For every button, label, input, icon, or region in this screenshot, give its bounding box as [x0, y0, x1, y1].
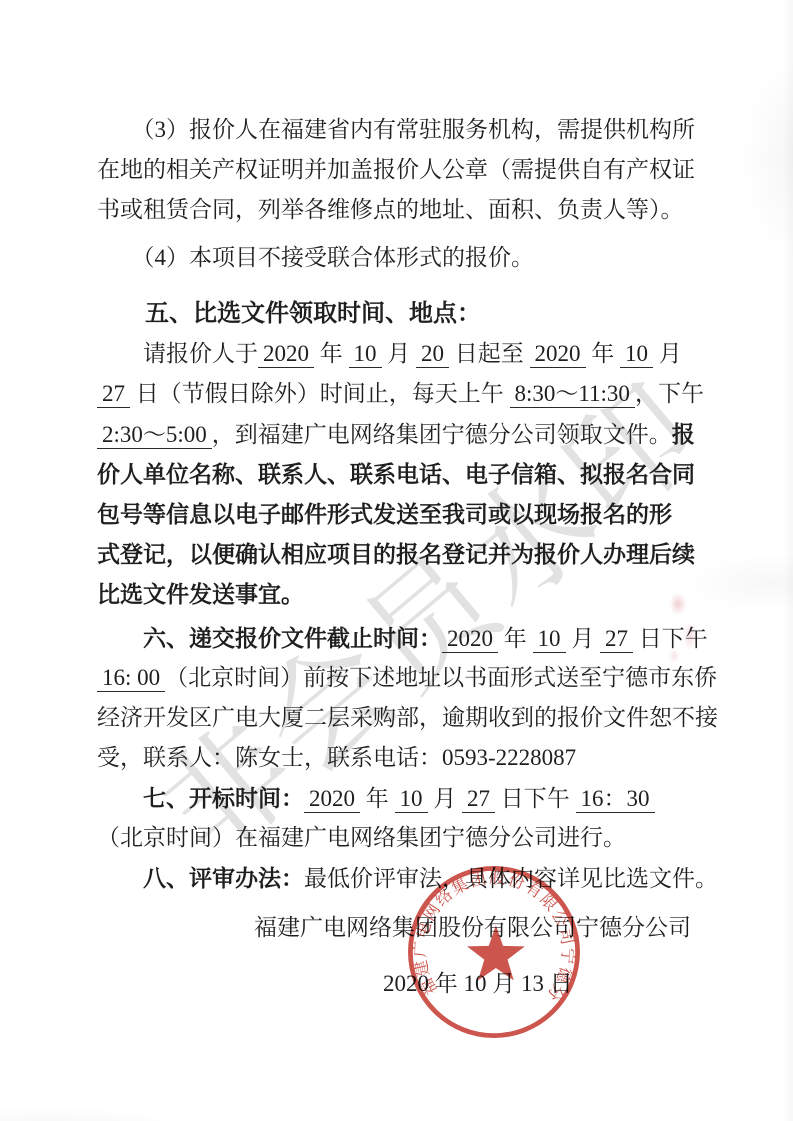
- underlined-value: 16: 00: [97, 665, 165, 692]
- clause-4-paragraph: （4）本项目不接受联合体形式的报价。: [97, 238, 713, 278]
- underlined-value: 20: [416, 341, 449, 368]
- text-line: 在地的相关产权证明并加盖报价人公章（需提供自有产权证: [97, 150, 713, 190]
- text-line: 16: 00（北京时间）前按下述地址以书面形式送至宁德市东侨: [97, 658, 713, 698]
- text-segment: 五、比选文件领取时间、地点：: [97, 300, 481, 327]
- text-segment: 受，联系人：陈女士，联系电话：0593-2228087: [97, 745, 576, 770]
- text-segment: ，下午: [635, 381, 704, 406]
- text-line: 七、开标时间：2020 年 10 月 27 日下午 16：30: [97, 778, 713, 818]
- clause-3-paragraph: （3）报价人在福建省内有常驻服务机构，需提供机构所在地的相关产权证明并加盖报价人…: [97, 110, 713, 230]
- underlined-value: 10: [395, 786, 428, 813]
- underlined-value: 27: [600, 626, 633, 653]
- text-segment: 经济开发区广电大厦二层采购部，逾期收到的报价文件恕不接: [97, 705, 718, 730]
- text-line: 请报价人于2020 年 10 月 20 日起至 2020 年 10 月: [97, 334, 713, 374]
- text-segment: 日下午: [495, 786, 576, 811]
- underlined-value: 27: [97, 381, 130, 408]
- text-segment: 价人单位名称、联系人、联系电话、电子信箱、拟报名合同: [97, 461, 695, 487]
- text-line: 比选文件发送事宜。: [97, 574, 713, 614]
- text-line: 书或租赁合同，列举各维修点的地址、面积、负责人等）。: [97, 190, 713, 230]
- scanned-document-page: 非会员水印 （3）报价人在福建省内有常驻服务机构，需提供机构所在地的相关产权证明…: [0, 0, 793, 1121]
- text-line: 2:30～5:00，到福建广电网络集团宁德分公司领取文件。报: [97, 414, 713, 454]
- seal-ring-textpath: 福建广电网络集团股份有限公司宁德分公司: [399, 857, 577, 1005]
- text-segment: 比选文件发送事宜。: [97, 581, 304, 607]
- text-segment: 六、递交报价文件截止时间：: [97, 625, 442, 651]
- text-segment: （北京时间）在福建广电网络集团宁德分公司进行。: [97, 825, 626, 850]
- text-line: 六、递交报价文件截止时间：2020 年 10 月 27 日下午: [97, 618, 713, 658]
- underlined-value: 2020: [258, 341, 314, 368]
- text-segment: 日起至: [449, 341, 530, 366]
- text-segment: （3）报价人在福建省内有常驻服务机构，需提供机构所: [97, 117, 695, 142]
- text-segment: 请报价人于: [97, 341, 258, 366]
- text-line: （北京时间）在福建广电网络集团宁德分公司进行。: [97, 818, 713, 858]
- text-line: 价人单位名称、联系人、联系电话、电子信箱、拟报名合同: [97, 454, 713, 494]
- text-segment: 年: [586, 341, 621, 366]
- text-line: 包号等信息以电子邮件形式发送至我司或以现场报名的形: [97, 494, 713, 534]
- section-7-paragraph: 七、开标时间：2020 年 10 月 27 日下午 16：30（北京时间）在福建…: [97, 778, 713, 858]
- underlined-value: 10: [620, 341, 653, 368]
- underlined-value: 2020: [304, 786, 360, 813]
- seal-star-icon: [467, 925, 525, 980]
- seal-ring-text: 福建广电网络集团股份有限公司宁德分公司: [399, 857, 577, 1005]
- text-segment: （北京时间）前按下述地址以书面形式送至宁德市东侨: [165, 665, 717, 690]
- text-segment: 月: [566, 626, 601, 651]
- text-segment: 包号等信息以电子邮件形式发送至我司或以现场报名的形: [97, 501, 672, 527]
- text-line: 五、比选文件领取时间、地点：: [97, 294, 713, 334]
- underlined-value: 2020: [442, 626, 498, 653]
- text-line: 27 日（节假日除外）时间止，每天上午 8:30～11:30，下午: [97, 374, 713, 414]
- underlined-value: 8:30～11:30: [510, 381, 635, 408]
- text-segment: 年: [498, 626, 533, 651]
- text-segment: 式登记，以便确认相应项目的报名登记并为报价人办理后续: [97, 541, 695, 567]
- text-segment: 年: [360, 786, 395, 811]
- text-segment: 日下午: [633, 626, 708, 651]
- text-segment: 八、评审办法：: [97, 865, 304, 891]
- section-6-paragraph: 六、递交报价文件截止时间：2020 年 10 月 27 日下午16: 00（北京…: [97, 618, 713, 778]
- section-5-heading: 五、比选文件领取时间、地点：: [97, 294, 713, 334]
- text-segment: 月: [653, 341, 682, 366]
- underlined-value: 10: [533, 626, 566, 653]
- underlined-value: 2:30～5:00: [97, 422, 212, 449]
- text-line: （3）报价人在福建省内有常驻服务机构，需提供机构所: [97, 110, 713, 150]
- text-segment: 书或租赁合同，列举各维修点的地址、面积、负责人等）。: [97, 197, 684, 222]
- text-line: （4）本项目不接受联合体形式的报价。: [97, 238, 713, 278]
- text-segment: 报: [672, 421, 695, 447]
- document-body: （3）报价人在福建省内有常驻服务机构，需提供机构所在地的相关产权证明并加盖报价人…: [0, 0, 793, 1004]
- company-seal: 福建广电网络集团股份有限公司宁德分公司: [399, 857, 589, 1047]
- underlined-value: 2020: [530, 341, 586, 368]
- section-5-paragraph: 请报价人于2020 年 10 月 20 日起至 2020 年 10 月27 日（…: [97, 334, 713, 614]
- underlined-value: 10: [349, 341, 382, 368]
- text-segment: （4）本项目不接受联合体形式的报价。: [97, 245, 534, 270]
- text-segment: 年: [314, 341, 349, 366]
- underlined-value: 27: [462, 786, 495, 813]
- text-line: 式登记，以便确认相应项目的报名登记并为报价人办理后续: [97, 534, 713, 574]
- text-segment: 月: [382, 341, 417, 366]
- text-line: 经济开发区广电大厦二层采购部，逾期收到的报价文件恕不接: [97, 698, 713, 738]
- text-segment: 在地的相关产权证明并加盖报价人公章（需提供自有产权证: [97, 157, 695, 182]
- text-segment: 七、开标时间：: [97, 785, 304, 811]
- text-segment: 日（节假日除外）时间止，每天上午: [130, 381, 510, 406]
- text-line: 受，联系人：陈女士，联系电话：0593-2228087: [97, 738, 713, 778]
- underlined-value: 16：30: [576, 786, 655, 813]
- text-segment: ，到福建广电网络集团宁德分公司领取文件。: [212, 422, 672, 447]
- text-segment: 月: [428, 786, 463, 811]
